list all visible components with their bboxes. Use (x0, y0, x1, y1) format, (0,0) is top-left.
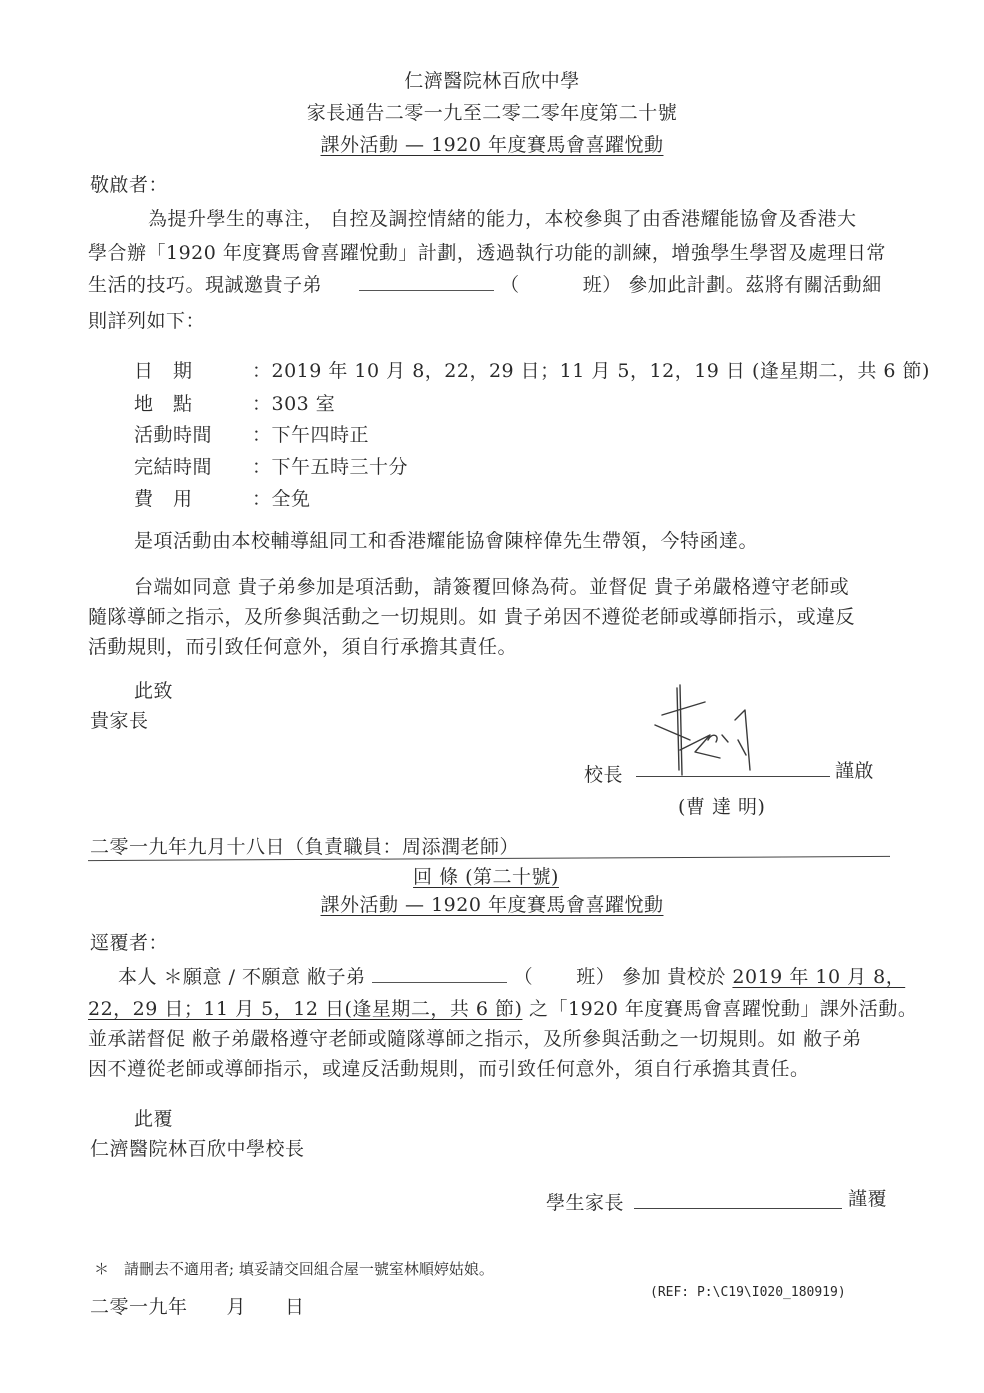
detail-date: 日 期：2019 年 10 月 8，22，29 日；11 月 5，12，19 日… (134, 356, 930, 383)
detail-label: 費 用 (134, 484, 252, 511)
detail-venue: 地 點：303 室 (134, 389, 335, 416)
salutation: 敬啟者： (90, 170, 168, 197)
intro-line-3-text: 生活的技巧。現誠邀貴子弟 (88, 274, 322, 296)
reply-line-2: 22，29 日；11 月 5，12 日(逢星期二，共 6 節) 之「1920 年… (88, 994, 917, 1021)
notice-number: 家長通告二零一九至二零二零年度第二十號 (0, 98, 984, 125)
consent-line-1: 台端如同意 貴子弟參加是項活動，請簽覆回條為荷。並督促 貴子弟嚴格遵守老師或 (134, 572, 849, 599)
detail-label: 完結時間 (134, 452, 252, 479)
reply-salutation: 逕覆者： (90, 928, 168, 955)
consent-choice-text[interactable]: 本人 ＊願意 / 不願意 敝子弟 (118, 966, 366, 988)
reply-date-line[interactable]: 二零一九年 月 日 (90, 1292, 305, 1319)
detail-start-time: 活動時間：下午四時正 (134, 420, 369, 447)
detail-value: ：2019 年 10 月 8，22，29 日；11 月 5，12，19 日 (逢… (252, 360, 930, 382)
reply-date-part-2: 22，29 日；11 月 5，12 日(逢星期二，共 6 節) (88, 998, 522, 1020)
intro-line-3-end: 參加此計劃。茲將有關活動細 (628, 274, 882, 296)
student-name-blank[interactable] (359, 272, 494, 291)
intro-line-4: 則詳列如下： (88, 306, 205, 333)
detail-end-time: 完結時間：下午五時三十分 (134, 452, 408, 479)
reply-line-3: 並承諾督促 敝子弟嚴格遵守老師或隨隊導師之指示，及所參與活動之一切規則。如 敝子… (88, 1024, 862, 1051)
detail-label: 活動時間 (134, 420, 252, 447)
reply-closing: 此覆 (134, 1104, 173, 1131)
parent-signature-blank[interactable] (634, 1208, 842, 1209)
reply-class-blank[interactable] (540, 965, 570, 983)
reply-title: 回 條 (第二十號) (413, 866, 559, 888)
addressee: 貴家長 (90, 706, 149, 733)
parent-suffix: 謹覆 (848, 1184, 887, 1211)
title-wrap: 課外活動 — 1920 年度賽馬會喜躍悅動 (0, 130, 984, 157)
class-label: 班） (576, 966, 615, 988)
paren-open: （ (514, 966, 534, 988)
reply-title-wrap: 回 條 (第二十號) (0, 862, 978, 889)
reply-line-4: 因不遵從老師或導師指示，或違反活動規則，而引致任何意外，須自行承擔其責任。 (88, 1054, 810, 1081)
intro-line-1: 為提升學生的專注， 自控及調控情緒的能力，本校參與了由香港耀能協會及香港大 (148, 204, 857, 231)
detail-value: ：下午四時正 (252, 424, 369, 446)
principal-label: 校長 (584, 760, 623, 787)
paren-open: （ (500, 274, 520, 296)
reply-line-1-text: 參加 貴校於 (622, 966, 726, 988)
reference-code: (REF: P:\C19\I020_180919) (650, 1285, 846, 1300)
intro-line-2: 學合辦「1920 年度賽馬會喜躍悅動」計劃，透過執行功能的訓練，增強學生學習及處… (88, 238, 886, 265)
reply-addressee: 仁濟醫院林百欣中學校長 (90, 1134, 305, 1161)
detail-label: 日 期 (134, 356, 252, 383)
detail-fee: 費 用：全免 (134, 484, 311, 511)
reply-subtitle-wrap: 課外活動 — 1920 年度賽馬會喜躍悅動 (0, 890, 984, 917)
detail-value: ：全免 (252, 488, 311, 510)
signature-icon (650, 680, 800, 780)
footnote: ＊ 請刪去不適用者; 填妥請交回組合屋一號室林順婷姑娘。 (94, 1258, 494, 1279)
class-label: 班） (583, 274, 622, 296)
detail-label: 地 點 (134, 389, 252, 416)
reply-student-name-blank[interactable] (372, 964, 507, 983)
principal-suffix: 謹啟 (835, 756, 874, 783)
reply-date-part-1: 2019 年 10 月 8， (732, 966, 905, 988)
issue-date: 二零一九年九月十八日（負責職員：周添潤老師） (90, 832, 519, 859)
led-by-text: 是項活動由本校輔導組同工和香港耀能協會陳梓偉先生帶領，今特函達。 (134, 526, 758, 553)
intro-line-3: 生活的技巧。現誠邀貴子弟 （ 班） 參加此計劃。茲將有關活動細 (88, 270, 882, 297)
principal-name: (曹 達 明) (678, 792, 765, 819)
reply-line-2-text: 之「1920 年度賽馬會喜躍悅動」課外活動。 (522, 998, 917, 1020)
closing: 此致 (134, 676, 173, 703)
reply-subtitle: 課外活動 — 1920 年度賽馬會喜躍悅動 (321, 894, 664, 916)
consent-line-2: 隨隊導師之指示，及所參與活動之一切規則。如 貴子弟因不遵從老師或導師指示，或違反 (88, 602, 855, 629)
reply-line-1: 本人 ＊願意 / 不願意 敝子弟 （ 班） 參加 貴校於 2019 年 10 月… (118, 962, 905, 989)
consent-line-3: 活動規則，而引致任何意外，須自行承擔其責任。 (88, 632, 517, 659)
detail-value: ：下午五時三十分 (252, 456, 408, 478)
school-name: 仁濟醫院林百欣中學 (0, 66, 984, 93)
detail-value: ：303 室 (252, 393, 335, 415)
parent-label: 學生家長 (546, 1188, 624, 1215)
notice-title: 課外活動 — 1920 年度賽馬會喜躍悅動 (321, 134, 664, 156)
class-blank[interactable] (526, 273, 576, 291)
